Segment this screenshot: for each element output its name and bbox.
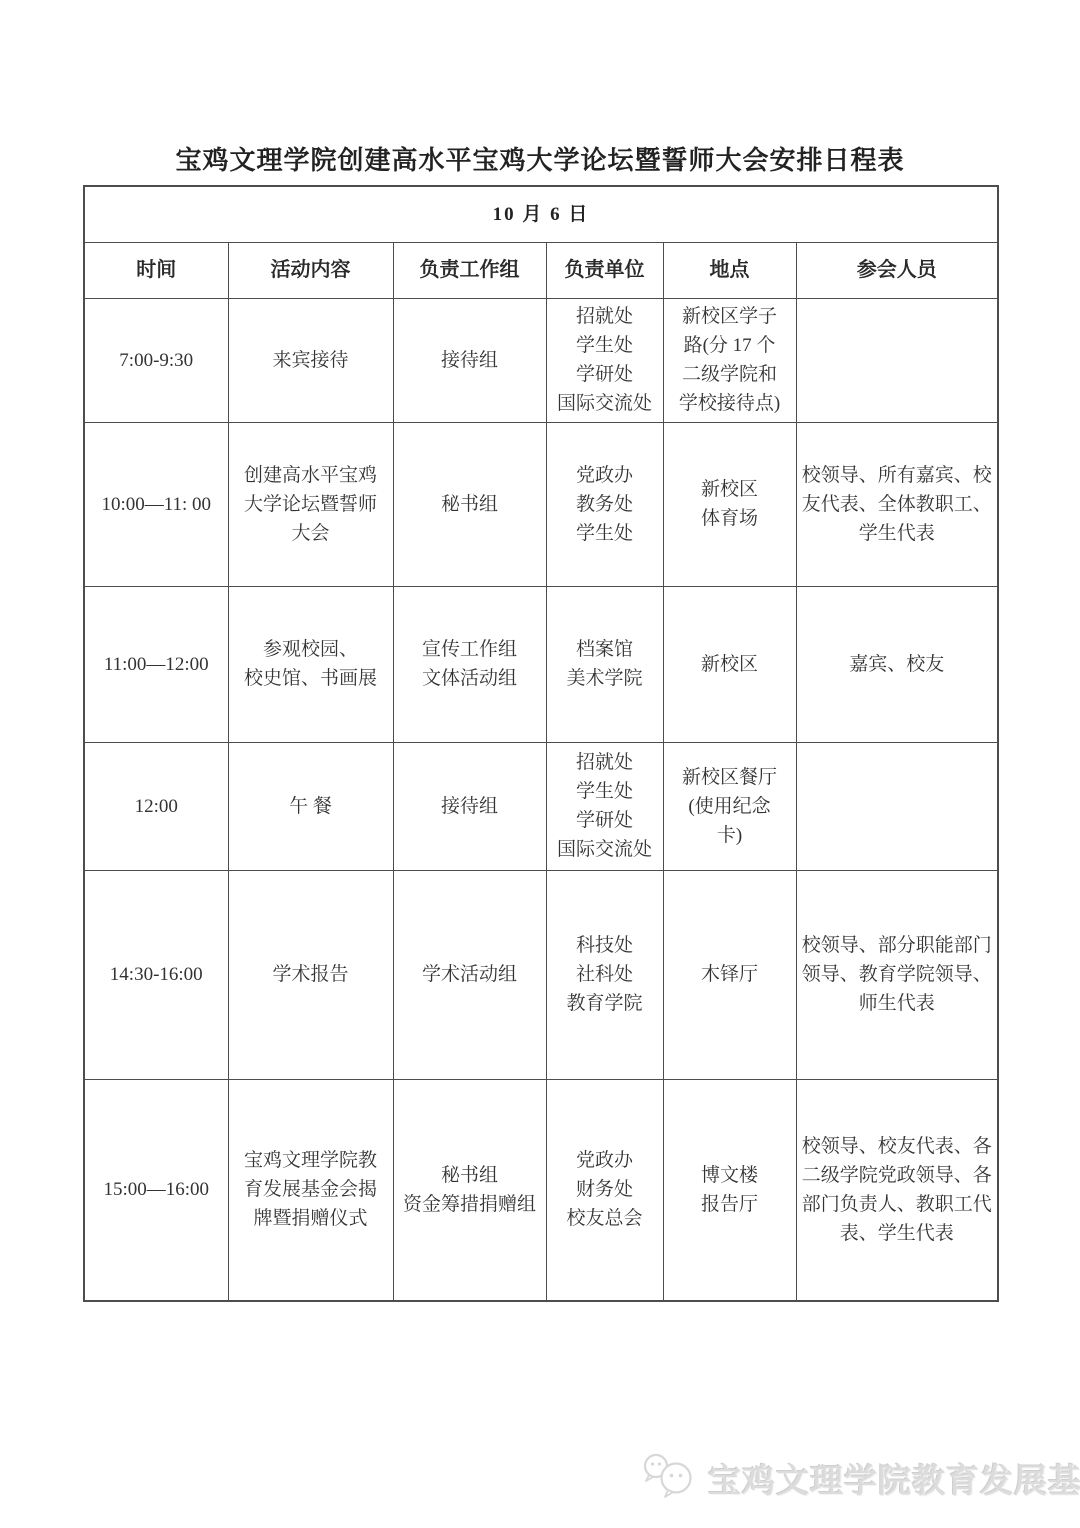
cell-time: 10:00—11: 00 [84, 422, 228, 586]
cell-unit: 科技处 社科处 教育学院 [546, 870, 663, 1079]
column-header-row: 时间 活动内容 负责工作组 负责单位 地点 参会人员 [84, 242, 998, 298]
table-row: 7:00-9:30 来宾接待 接待组 招就处 学生处 学研处 国际交流处 新校区… [84, 298, 998, 422]
column-header-time: 时间 [84, 242, 228, 298]
cell-activity: 宝鸡文理学院教 育发展基金会揭 牌暨捐赠仪式 [228, 1079, 393, 1301]
table-row: 10:00—11: 00 创建高水平宝鸡 大学论坛暨誓师 大会 秘书组 党政办 … [84, 422, 998, 586]
cell-activity: 创建高水平宝鸡 大学论坛暨誓师 大会 [228, 422, 393, 586]
column-header-workgroup: 负责工作组 [393, 242, 546, 298]
date-header: 10 月 6 日 [84, 186, 998, 242]
cell-activity: 学术报告 [228, 870, 393, 1079]
cell-location: 新校区 体育场 [663, 422, 796, 586]
cell-participants: 校领导、校友代表、各 二级学院党政领导、各 部门负责人、教职工代 表、学生代表 [796, 1079, 998, 1301]
column-header-participants: 参会人员 [796, 242, 998, 298]
table-row: 15:00—16:00 宝鸡文理学院教 育发展基金会揭 牌暨捐赠仪式 秘书组 资… [84, 1079, 998, 1301]
cell-unit: 档案馆 美术学院 [546, 586, 663, 742]
wechat-smiley-bubbles-icon [640, 1451, 698, 1506]
cell-activity: 来宾接待 [228, 298, 393, 422]
footer-brand-text: 宝鸡文理学院教育发展基金会 [708, 1455, 1080, 1502]
cell-participants: 校领导、所有嘉宾、校 友代表、全体教职工、 学生代表 [796, 422, 998, 586]
cell-location: 博文楼 报告厅 [663, 1079, 796, 1301]
table-row: 12:00 午 餐 接待组 招就处 学生处 学研处 国际交流处 新校区餐厅 (使… [84, 742, 998, 870]
date-header-row: 10 月 6 日 [84, 186, 998, 242]
cell-participants [796, 298, 998, 422]
cell-participants: 嘉宾、校友 [796, 586, 998, 742]
cell-time: 15:00—16:00 [84, 1079, 228, 1301]
cell-workgroup: 宣传工作组 文体活动组 [393, 586, 546, 742]
footer-watermark: 宝鸡文理学院教育发展基金会 [640, 1446, 1080, 1510]
column-header-location: 地点 [663, 242, 796, 298]
cell-location: 新校区学子 路(分 17 个 二级学院和 学校接待点) [663, 298, 796, 422]
cell-workgroup: 秘书组 资金筹措捐赠组 [393, 1079, 546, 1301]
cell-time: 14:30-16:00 [84, 870, 228, 1079]
cell-time: 7:00-9:30 [84, 298, 228, 422]
cell-location: 木铎厅 [663, 870, 796, 1079]
cell-unit: 党政办 教务处 学生处 [546, 422, 663, 586]
column-header-unit: 负责单位 [546, 242, 663, 298]
cell-activity: 午 餐 [228, 742, 393, 870]
cell-participants [796, 742, 998, 870]
cell-time: 11:00—12:00 [84, 586, 228, 742]
cell-location: 新校区 [663, 586, 796, 742]
table-row: 14:30-16:00 学术报告 学术活动组 科技处 社科处 教育学院 木铎厅 … [84, 870, 998, 1079]
page-title: 宝鸡文理学院创建高水平宝鸡大学论坛暨誓师大会安排日程表 [0, 140, 1080, 177]
schedule-table: 10 月 6 日 时间 活动内容 负责工作组 负责单位 地点 参会人员 7:00… [83, 185, 999, 1302]
cell-unit: 招就处 学生处 学研处 国际交流处 [546, 742, 663, 870]
table-row: 11:00—12:00 参观校园、 校史馆、书画展 宣传工作组 文体活动组 档案… [84, 586, 998, 742]
cell-participants: 校领导、部分职能部门 领导、教育学院领导、 师生代表 [796, 870, 998, 1079]
cell-unit: 党政办 财务处 校友总会 [546, 1079, 663, 1301]
cell-workgroup: 接待组 [393, 742, 546, 870]
column-header-activity: 活动内容 [228, 242, 393, 298]
cell-workgroup: 学术活动组 [393, 870, 546, 1079]
cell-workgroup: 秘书组 [393, 422, 546, 586]
cell-unit: 招就处 学生处 学研处 国际交流处 [546, 298, 663, 422]
cell-time: 12:00 [84, 742, 228, 870]
cell-workgroup: 接待组 [393, 298, 546, 422]
cell-location: 新校区餐厅 (使用纪念 卡) [663, 742, 796, 870]
cell-activity: 参观校园、 校史馆、书画展 [228, 586, 393, 742]
